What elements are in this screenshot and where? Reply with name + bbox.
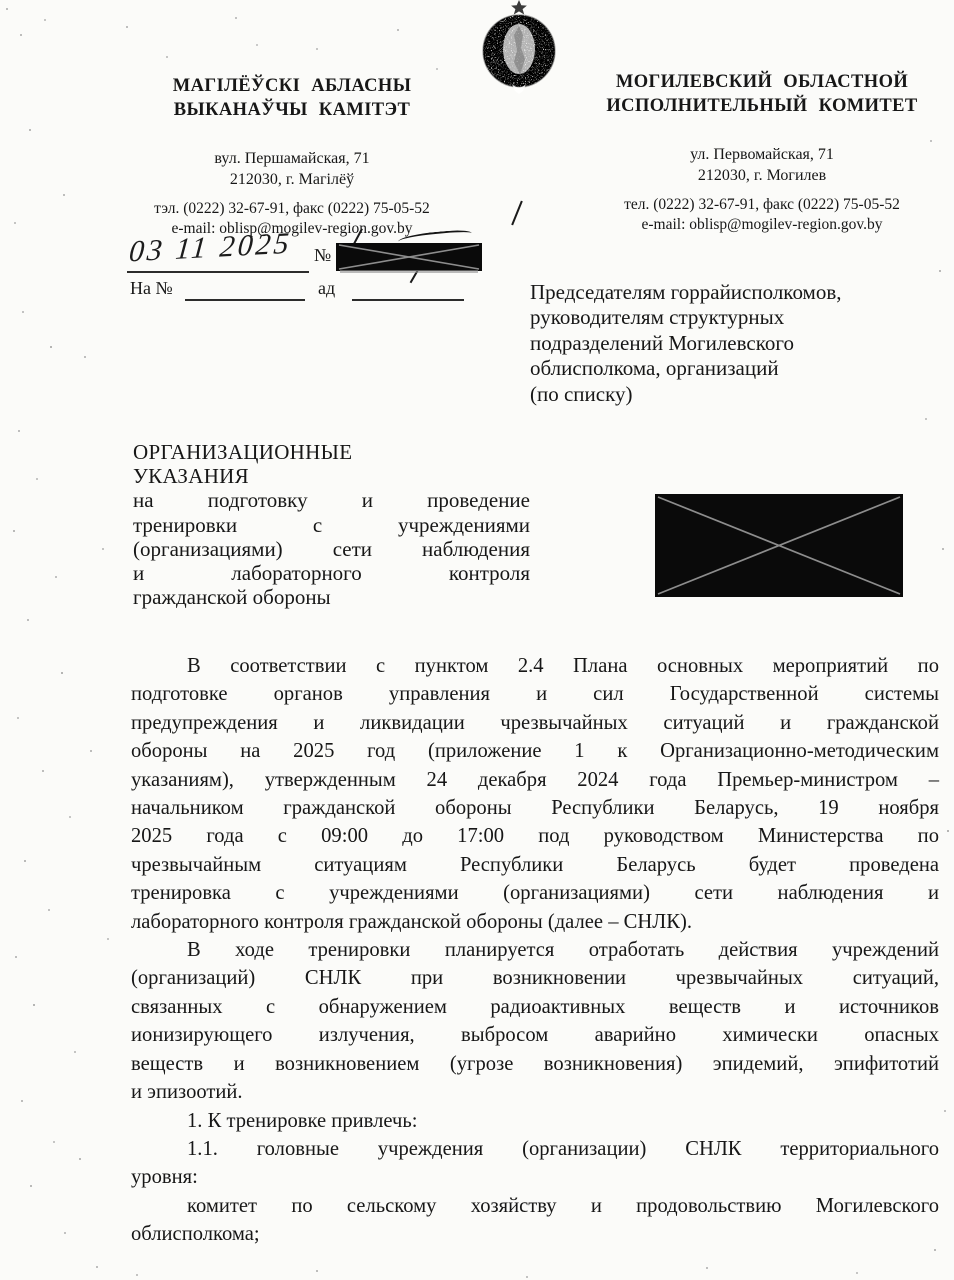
addressee-line: подразделений Могилевского bbox=[530, 331, 932, 356]
belarus-state-emblem-icon bbox=[482, 0, 556, 98]
body-line: комитет по сельскому хозяйству и продово… bbox=[131, 1192, 939, 1220]
subject-line: гражданской обороны bbox=[133, 585, 530, 609]
body-line: веществ и возникновением (угрозе возникн… bbox=[131, 1050, 939, 1078]
letterhead-right: МОГИЛЕВСКИЙ ОБЛАСТНОЙ ИСПОЛНИТЕЛЬНЫЙ КОМ… bbox=[582, 70, 942, 235]
subject-block: ОРГАНИЗАЦИОННЫЕ УКАЗАНИЯ на подготовку и… bbox=[133, 440, 530, 609]
body-line: В ходе тренировки планируется отработать… bbox=[131, 936, 939, 964]
body-line: связанных с обнаружением радиоактивных в… bbox=[131, 993, 939, 1021]
reply-number-label: На № bbox=[130, 278, 173, 299]
org-name-line: МОГИЛЕВСКИЙ ОБЛАСТНОЙ bbox=[582, 70, 942, 94]
addressee-line: облисполкома, организаций bbox=[530, 356, 932, 381]
letterhead-left: МАГІЛЁЎСКІ АБЛАСНЫ ВЫКАНАЎЧЫ КАМІТЭТ вул… bbox=[112, 74, 472, 239]
addressee-line: руководителям структурных bbox=[530, 305, 932, 330]
phone-fax-line: тэл. (0222) 32-67-91, факс (0222) 75-05-… bbox=[112, 199, 472, 219]
pen-stroke bbox=[511, 201, 523, 226]
body-line: В соответствии с пунктом 2.4 Плана основ… bbox=[131, 652, 939, 680]
number-sign-label: № bbox=[314, 245, 331, 266]
from-underline bbox=[352, 299, 464, 301]
body-line: лабораторного контроля гражданской оборо… bbox=[131, 908, 939, 936]
addressee-block: Председателям горрайисполкомов, руководи… bbox=[530, 280, 932, 407]
address-line: 212030, г. Могилев bbox=[582, 165, 942, 186]
address-line: ул. Первомайская, 71 bbox=[582, 144, 942, 165]
subject-line: и лабораторного контроля bbox=[133, 561, 530, 585]
subject-heading: УКАЗАНИЯ bbox=[133, 464, 530, 488]
body-line: 1. К тренировке привлечь: bbox=[131, 1107, 939, 1135]
scanned-letter-page: МАГІЛЁЎСКІ АБЛАСНЫ ВЫКАНАЎЧЫ КАМІТЭТ вул… bbox=[0, 0, 954, 1280]
addressee-line: Председателям горрайисполкомов, bbox=[530, 280, 932, 305]
from-label: ад bbox=[318, 278, 335, 299]
body-line: уровня: bbox=[131, 1163, 939, 1191]
addressee-line: (по списку) bbox=[530, 382, 932, 407]
body-line: подготовке органов управления и сил Госу… bbox=[131, 680, 939, 708]
org-name-line: МАГІЛЁЎСКІ АБЛАСНЫ bbox=[112, 74, 472, 98]
address-line: 212030, г. Магілёў bbox=[112, 169, 472, 190]
letter-body: В соответствии с пунктом 2.4 Плана основ… bbox=[131, 652, 939, 1249]
subject-line: (организациями) сети наблюдения bbox=[133, 537, 530, 561]
body-line: и эпизоотий. bbox=[131, 1078, 939, 1106]
body-line: (организаций) СНЛК при возникновении чре… bbox=[131, 964, 939, 992]
body-line: облисполкома; bbox=[131, 1220, 939, 1248]
body-line: 1.1. головные учреждения (организации) С… bbox=[131, 1135, 939, 1163]
org-name-line: ИСПОЛНИТЕЛЬНЫЙ КОМИТЕТ bbox=[582, 94, 942, 118]
body-line: ионизирующего излучения, выбросом аварий… bbox=[131, 1021, 939, 1049]
body-line: тренировка с учреждениями (организациями… bbox=[131, 879, 939, 907]
body-line: 2025 года с 09:00 до 17:00 под руководст… bbox=[131, 822, 939, 850]
body-line: указаниям), утвержденным 24 декабря 2024… bbox=[131, 766, 939, 794]
reply-number-underline bbox=[185, 299, 305, 301]
phone-fax-line: тел. (0222) 32-67-91, факс (0222) 75-05-… bbox=[582, 195, 942, 215]
body-line: предупреждения и ликвидации чрезвычайных… bbox=[131, 709, 939, 737]
date-underline bbox=[127, 271, 309, 273]
handwritten-date: 03 11 2025 bbox=[128, 227, 294, 270]
address-line: вул. Першамайская, 71 bbox=[112, 148, 472, 169]
email-line: e-mail: oblisp@mogilev-region.gov.by bbox=[582, 215, 942, 235]
body-line: обороны на 2025 год (приложение 1 к Орга… bbox=[131, 737, 939, 765]
subject-line: на подготовку и проведение bbox=[133, 488, 530, 512]
redaction-box-stamp-area bbox=[655, 494, 903, 597]
body-line: чрезвычайным ситуациям Республики Белару… bbox=[131, 851, 939, 879]
subject-line: тренировки с учреждениями bbox=[133, 513, 530, 537]
scan-noise-speckles bbox=[6, 8, 8, 10]
subject-heading: ОРГАНИЗАЦИОННЫЕ bbox=[133, 440, 530, 464]
redaction-box-number bbox=[336, 243, 482, 273]
body-line: начальником гражданской обороны Республи… bbox=[131, 794, 939, 822]
org-name-line: ВЫКАНАЎЧЫ КАМІТЭТ bbox=[112, 98, 472, 122]
